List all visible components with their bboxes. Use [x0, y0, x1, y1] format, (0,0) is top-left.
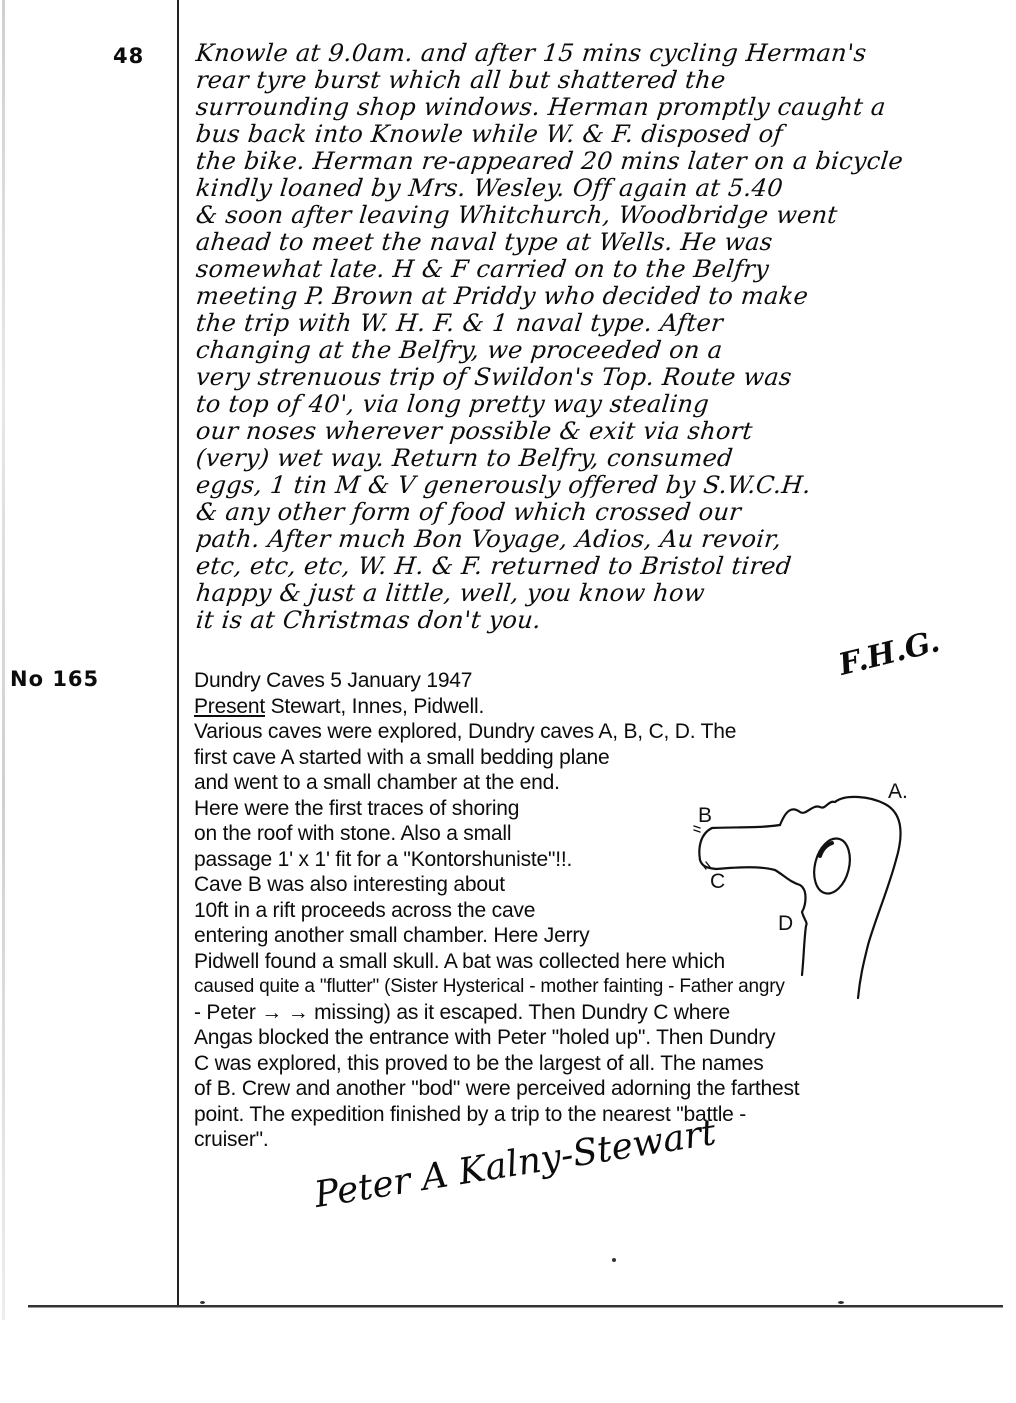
text-line: Various caves were explored, Dundry cave… [194, 719, 994, 745]
text-line: bus back into Knowle while W. & F. dispo… [195, 121, 998, 148]
text-line: happy & just a little, well, you know ho… [195, 580, 998, 607]
diagram-label-c: C [710, 870, 725, 893]
text-line: path. After much Bon Voyage, Adios, Au r… [195, 526, 998, 553]
ink-speck [838, 1301, 844, 1304]
text-line: - Peter → → missing) as it escaped. Then… [194, 1000, 994, 1026]
ink-speck [200, 1301, 205, 1304]
present-line: Present Stewart, Innes, Pidwell. [194, 694, 994, 720]
entry-number: No 165 [10, 667, 99, 691]
cave-entrance-bc [699, 828, 716, 869]
present-label: Present [194, 695, 265, 718]
text-line: meeting P. Brown at Priddy who decided t… [195, 283, 998, 310]
entry-title: Dundry Caves 5 January 1947 [194, 668, 994, 694]
text-line: it is at Christmas don't you. [195, 607, 998, 634]
diagram-label-b: B [698, 804, 712, 827]
text-line: surrounding shop windows. Herman promptl… [195, 94, 998, 121]
diagram-label-d: D [778, 912, 793, 935]
text-line: of B. Crew and another "bod" were percei… [194, 1076, 994, 1102]
page-number: 48 [113, 44, 144, 68]
text-line: rear tyre burst which all but shattered … [195, 67, 998, 94]
entry-continued-text: Knowle at 9.0am. and after 15 mins cycli… [196, 40, 996, 634]
text-line: somewhat late. H & F carried on to the B… [195, 256, 998, 283]
text-line: C was explored, this proved to be the la… [194, 1051, 994, 1077]
text-line: the bike. Herman re-appeared 20 mins lat… [195, 148, 998, 175]
text-line: changing at the Belfry, we proceeded on … [195, 337, 998, 364]
text-line: first cave A started with a small beddin… [194, 745, 994, 771]
page-edge-shadow [2, 0, 5, 1320]
text-line: the trip with W. H. F. & 1 naval type. A… [195, 310, 998, 337]
text-line: point. The expedition finished by a trip… [194, 1102, 994, 1128]
text-line: & soon after leaving Whitchurch, Woodbri… [195, 202, 998, 229]
text-line: ahead to meet the naval type at Wells. H… [195, 229, 998, 256]
logbook-page: 48 Knowle at 9.0am. and after 15 mins cy… [0, 0, 1016, 1403]
text-line: our noses wherever possible & exit via s… [195, 418, 998, 445]
text-line: to top of 40', via long pretty way steal… [195, 391, 998, 418]
text-line: (very) wet way. Return to Belfry, consum… [195, 445, 998, 472]
text-line: & any other form of food which crossed o… [195, 499, 998, 526]
present-names: Stewart, Innes, Pidwell. [271, 695, 484, 718]
text-line: kindly loaned by Mrs. Wesley. Off again … [195, 175, 998, 202]
text-line: Knowle at 9.0am. and after 15 mins cycli… [195, 40, 998, 67]
text-line: Angas blocked the entrance with Peter "h… [194, 1025, 994, 1051]
text-line: eggs, 1 tin M & V generously offered by … [195, 472, 998, 499]
bottom-rule [28, 1305, 1003, 1307]
margin-rule [177, 0, 179, 1308]
diagram-label-a: A. [888, 780, 908, 803]
pillar-shading [820, 843, 832, 856]
text-line: etc, etc, etc, W. H. & F. returned to Br… [195, 553, 998, 580]
text-line: very strenuous trip of Swildon's Top. Ro… [195, 364, 998, 391]
cave-diagram: A. B C D [620, 770, 950, 1000]
ink-speck [612, 1258, 616, 1262]
